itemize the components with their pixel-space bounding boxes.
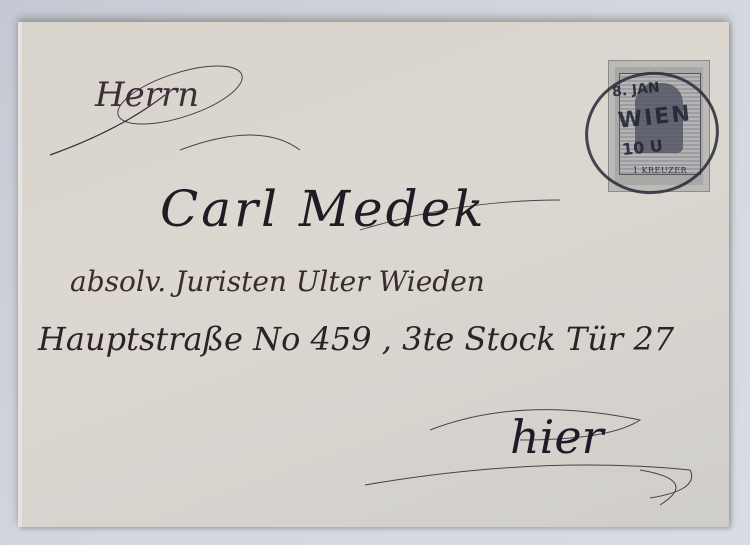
destination-text: hier bbox=[510, 410, 604, 464]
salutation-text: Herrn bbox=[95, 75, 199, 115]
address-line-1: absolv. Juristen Ulter Wieden bbox=[70, 265, 485, 298]
recipient-name: Carl Medek bbox=[160, 180, 487, 238]
address-line-2: Hauptstraße No 459 , 3te Stock Tür 27 bbox=[38, 320, 674, 358]
